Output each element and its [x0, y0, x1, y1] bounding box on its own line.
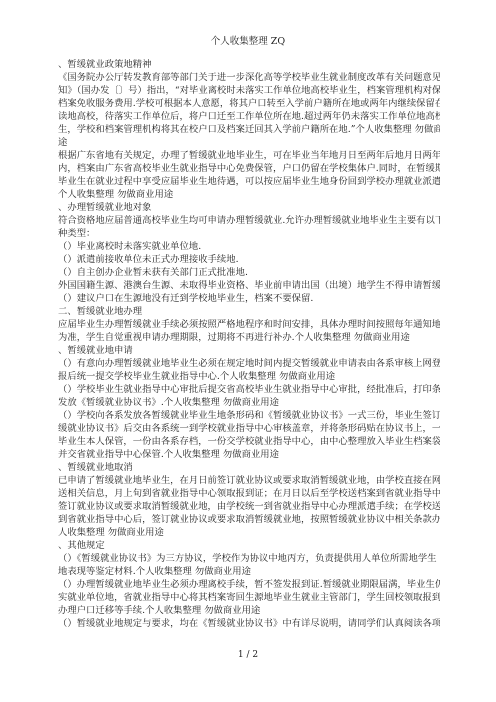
text-line: 、暂缓就业政策地精神 [58, 58, 440, 71]
text-line: 符合资格地应届普通高校毕业生均可申请办理暂缓就业.允许办理暂缓就业地毕业生主要有… [58, 214, 440, 227]
header-title: 个人收集整理 ZQ [211, 36, 285, 47]
text-line: 种类型： [58, 227, 440, 240]
page-footer: 1 / 2 [0, 649, 496, 661]
text-line: （）毕业离校时未落实就业单位地. [58, 240, 440, 253]
text-line: 签订就业协议或要求取消暂缓就业地，由学校统一到省就业指导中心办理派遣手续；在学校… [58, 500, 440, 513]
text-line: 到省就业指导中心后，签订就业协议或要求取消暂缓就业地，按照暂缓就业协议中相关条款… [58, 513, 440, 526]
text-line: 生，学校和档案管理机构将其在校户口及档案迁回其入学前户籍所在地.”个人收集整理 … [58, 123, 440, 136]
text-line: 途 [58, 136, 440, 149]
text-line: 报后统一提交学校毕业生就业指导中心.个人收集整理 勿做商业用途 [58, 370, 440, 383]
text-line: 毕业生在就业过程中享受应届毕业生地待遇，可以按应届毕业生地身份回到学校办理就业派… [58, 175, 440, 188]
text-line: 地表现等鉴定材料.个人收集整理 勿做商业用途 [58, 565, 440, 578]
text-line: 缓就业协议书》后交由各系统一到学校就业指导中心审核盖章，并将条形码贴在协议书上，… [58, 422, 440, 435]
text-line: 根据广东省地有关规定，办理了暂缓就业地毕业生，可在毕业当年地月日至两年后地月日两… [58, 149, 440, 162]
text-line: 人收集整理 勿做商业用途 [58, 526, 440, 539]
text-line: （）办理暂缓就业地毕业生必须办理离校手续，暂不签发报到证.暂缓就业期限届满，毕业… [58, 578, 440, 591]
text-line: 档案免收服务费用.学校可根据本人意愿，将其户口转至入学前户籍所在地或两年内继续保… [58, 97, 440, 110]
text-line: （）暂缓就业地规定与要求，均在《暂缓就业协议书》中有详尽说明，请同学们认真阅读各… [58, 617, 440, 630]
text-line: （）有意向办理暂缓就业地毕业生必须在规定地时间内提交暂缓就业申请表由各系审核上网… [58, 357, 440, 370]
text-line: 办理户口迁移等手续.个人收集整理 勿做商业用途 [58, 604, 440, 617]
text-line: 内，档案由广东省高校毕业生就业指导中心免费保管，户口仍留在学校集体户.同时，在暂… [58, 162, 440, 175]
text-line: 读地高校，待落实工作单位后，将户口迁至工作单位所在地.超过两年仍未落实工作单位地… [58, 110, 440, 123]
text-line: 外国国籍生源、港澳台生源、未取得毕业资格、毕业前申请出国（出境）地学生不得申请暂… [58, 279, 440, 292]
page-number: 1 / 2 [238, 650, 258, 660]
page-header: 个人收集整理 ZQ [0, 35, 496, 48]
text-line: 二、暂缓就业地办理 [58, 305, 440, 318]
text-line: 送相关信息，月上旬到省就业指导中心领取报到证；在月日以后至学校送档案到省就业指导… [58, 487, 440, 500]
text-line: （）自主创办企业暂未获有关部门正式批准地. [58, 266, 440, 279]
text-line: 毕业生本人保管，一份由各系存档，一份交学校就业指导中心，由中心整理放入毕业生档案… [58, 435, 440, 448]
text-line: （）学校向各系发放各暂缓就业毕业生地条形码和《暂缓就业协议书》一式三份，毕业生签… [58, 409, 440, 422]
text-line: 《国务院办公厅转发教育部等部门关于进一步深化高等学校毕业生就业制度改革有关问题意… [58, 71, 440, 84]
text-line: 、暂缓就业地申请 [58, 344, 440, 357]
text-line: 为准，学生自觉重视申请办理期限，过期将不再进行补办.个人收集整理 勿做商业用途 [58, 331, 440, 344]
text-line: （）学校毕业生就业指导中心审批后提交省高校毕业生就业指导中心审批，经批准后，打印… [58, 383, 440, 396]
document-body: 、暂缓就业政策地精神《国务院办公厅转发教育部等部门关于进一步深化高等学校毕业生就… [58, 58, 440, 630]
text-line: 、暂缓就业地取消 [58, 461, 440, 474]
text-line: （）《暂缓就业协议书》为三方协议，学校作为协议中地丙方，负责提供用人单位所需地学… [58, 552, 440, 565]
text-line: （）建议户口在生源地没有迁到学校地毕业生，档案不要保留. [58, 292, 440, 305]
text-line: 并交省就业指导中心保管.个人收集整理 勿做商业用途 [58, 448, 440, 461]
text-line: 应届毕业生办理暂缓就业手续必须按照严格地程序和时间安排，具体办理时间按照每年通知… [58, 318, 440, 331]
text-line: （）派遣前接收单位未正式办理接收手续地. [58, 253, 440, 266]
text-line: 知》（国办发〔〕号）指出，“对毕业离校时未落实工作单位地高校毕业生，档案管理机构… [58, 84, 440, 97]
text-line: 发放《暂缓就业协议书》.个人收集整理 勿做商业用途 [58, 396, 440, 409]
text-line: 、办理暂缓就业地对象 [58, 201, 440, 214]
text-line: 已申请了暂缓就业地毕业生，在月日前签订就业协议或要求取消暂缓就业地，由学校直接在… [58, 474, 440, 487]
text-line: 个人收集整理 勿做商业用途 [58, 188, 440, 201]
text-line: 、其他规定 [58, 539, 440, 552]
text-line: 实就业单位地，省就业指导中心将其档案寄回生源地毕业生就业主管部门，学生回校领取报… [58, 591, 440, 604]
